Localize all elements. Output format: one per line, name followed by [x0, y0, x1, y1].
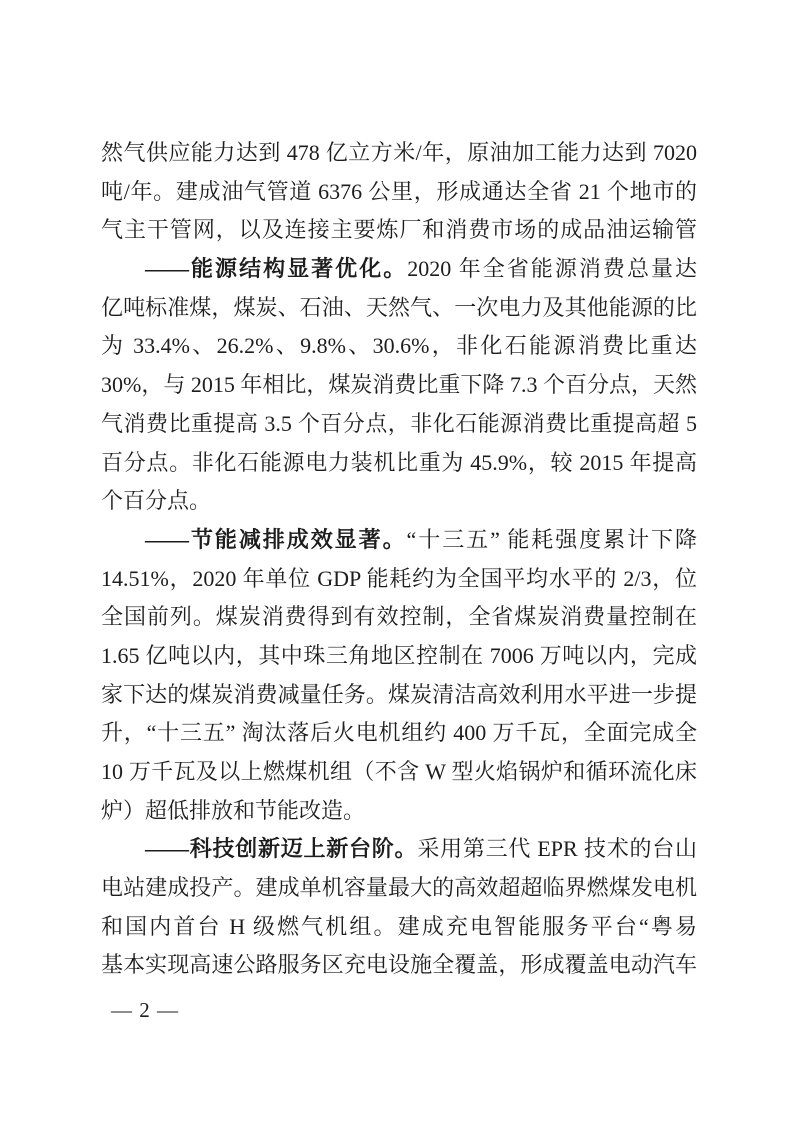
text-line: 30%，与 2015 年相比，煤炭消费比重下降 7.3 个百分点，天然	[101, 366, 697, 405]
text-line: 百分点。非化石能源电力装机比重为 45.9%，较 2015 年提高 6.4	[101, 444, 697, 483]
section-heading: ——科技创新迈上新台阶。	[145, 836, 417, 861]
text-line: 1.65 亿吨以内，其中珠三角地区控制在 7006 万吨以内，完成国	[101, 637, 697, 676]
section-heading: ——节能减排成效显著。	[145, 527, 407, 552]
text-line: 14.51%，2020 年单位 GDP 能耗约为全国平均水平的 2/3，位于	[101, 560, 697, 599]
section-heading: ——能源结构显著优化。	[145, 256, 407, 281]
text-line: 气主干管网，以及连接主要炼厂和消费市场的成品油运输管网。	[101, 211, 697, 250]
text-line: 基本实现高速公路服务区充电设施全覆盖，形成覆盖电动汽车日	[101, 946, 697, 985]
text-line: 升，“十三五” 淘汰落后火电机组约 400 万千瓦，全面完成全省	[101, 714, 697, 753]
text-line: ——科技创新迈上新台阶。采用第三代 EPR 技术的台山核	[101, 830, 697, 869]
text-line: 家下达的煤炭消费减量任务。煤炭清洁高效利用水平进一步提	[101, 676, 697, 715]
text-line: 和国内首台 H 级燃气机组。建成充电智能服务平台“粤易充”，	[101, 908, 697, 947]
document-page: 然气供应能力达到 478 亿立方米/年，原油加工能力达到 7020 万吨/年。建…	[0, 0, 794, 1123]
text-line: 个百分点。	[101, 482, 697, 521]
text-line: 电站建成投产。建成单机容量最大的高效超超临界燃煤发电机组	[101, 869, 697, 908]
text-line: ——能源结构显著优化。2020 年全省能源消费总量达 3.45	[101, 250, 697, 289]
text-line: 吨/年。建成油气管道 6376 公里，形成通达全省 21 个地市的天然	[101, 173, 697, 212]
text-line: 炉）超低排放和节能改造。	[101, 792, 697, 831]
page-number: — 2 —	[111, 997, 179, 1023]
text-line: ——节能减排成效显著。“十三五” 能耗强度累计下降	[101, 521, 697, 560]
text-line: 10 万千瓦及以上燃煤机组（不含 W 型火焰锅炉和循环流化床锅	[101, 753, 697, 792]
text-line: 亿吨标准煤，煤炭、石油、天然气、一次电力及其他能源的比重	[101, 289, 697, 328]
document-body: 然气供应能力达到 478 亿立方米/年，原油加工能力达到 7020 万吨/年。建…	[101, 134, 697, 985]
text-line: 气消费比重提高 3.5 个百分点，非化石能源消费比重提高超 5 个	[101, 405, 697, 444]
text-line: 然气供应能力达到 478 亿立方米/年，原油加工能力达到 7020 万	[101, 134, 697, 173]
text-line: 为 33.4%、26.2%、9.8%、30.6%，非化石能源消费比重达	[101, 327, 697, 366]
text-line: 全国前列。煤炭消费得到有效控制，全省煤炭消费量控制在	[101, 598, 697, 637]
line-text: “十三五” 能耗强度累计下降	[407, 527, 697, 552]
